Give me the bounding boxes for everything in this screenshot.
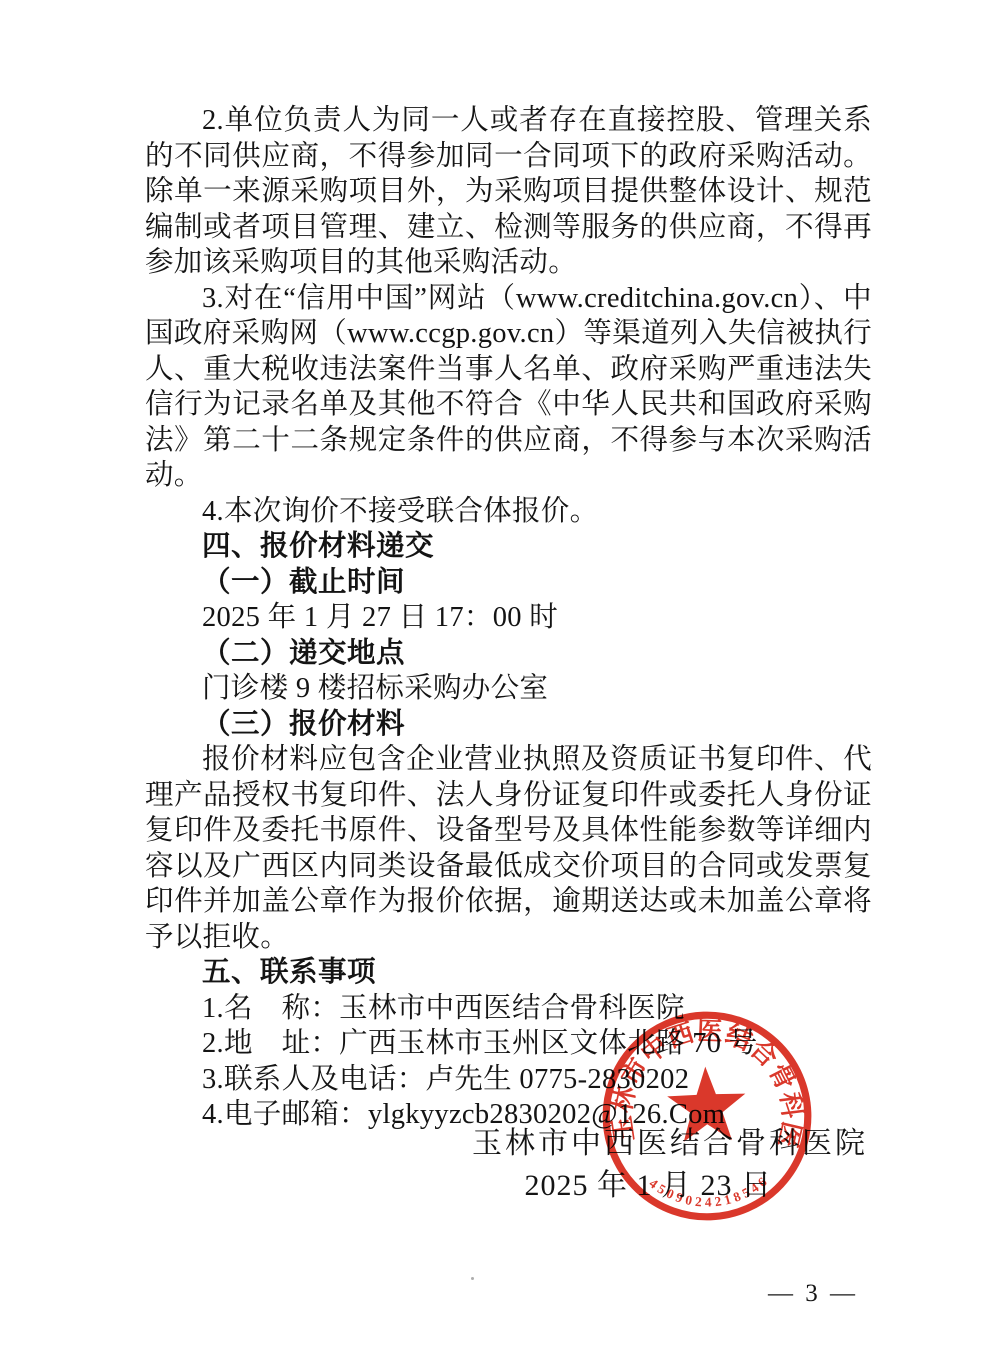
quotation-materials-subheading: （三）报价材料 [145, 707, 872, 743]
quotation-materials-paragraph: 报价材料应包含企业营业执照及资质证书复印件、代理产品授权书复印件、法人身份证复印… [145, 742, 872, 955]
paragraph-credit-china-blacklist: 3.对在“信用中国”网站（www.creditchina.gov.cn）、中国政… [145, 281, 872, 494]
deadline-subheading: （一）截止时间 [145, 565, 872, 601]
page-number: — 3 — [768, 1280, 858, 1308]
document-page: 2.单位负责人为同一人或者存在直接控股、管理关系的不同供应商，不得参加同一合同项… [0, 0, 1000, 1367]
delivery-location-value: 门诊楼 9 楼招标采购办公室 [145, 671, 872, 707]
section-4-heading: 四、报价材料递交 [145, 529, 872, 565]
paragraph-no-consortium-bid: 4.本次询价不接受联合体报价。 [145, 494, 872, 530]
section-5-heading: 五、联系事项 [145, 955, 872, 991]
deadline-value: 2025 年 1 月 27 日 17：00 时 [145, 600, 872, 636]
document-body: 2.单位负责人为同一人或者存在直接控股、管理关系的不同供应商，不得参加同一合同项… [145, 103, 872, 1133]
official-seal-stamp: 玉林市中西医结合骨科医院 4509024218546 [595, 1004, 818, 1227]
seal-star-icon [666, 1065, 747, 1142]
paragraph-supplier-restriction: 2.单位负责人为同一人或者存在直接控股、管理关系的不同供应商，不得参加同一合同项… [145, 103, 872, 281]
delivery-location-subheading: （二）递交地点 [145, 636, 872, 672]
scan-artifact-dot [471, 1277, 474, 1280]
